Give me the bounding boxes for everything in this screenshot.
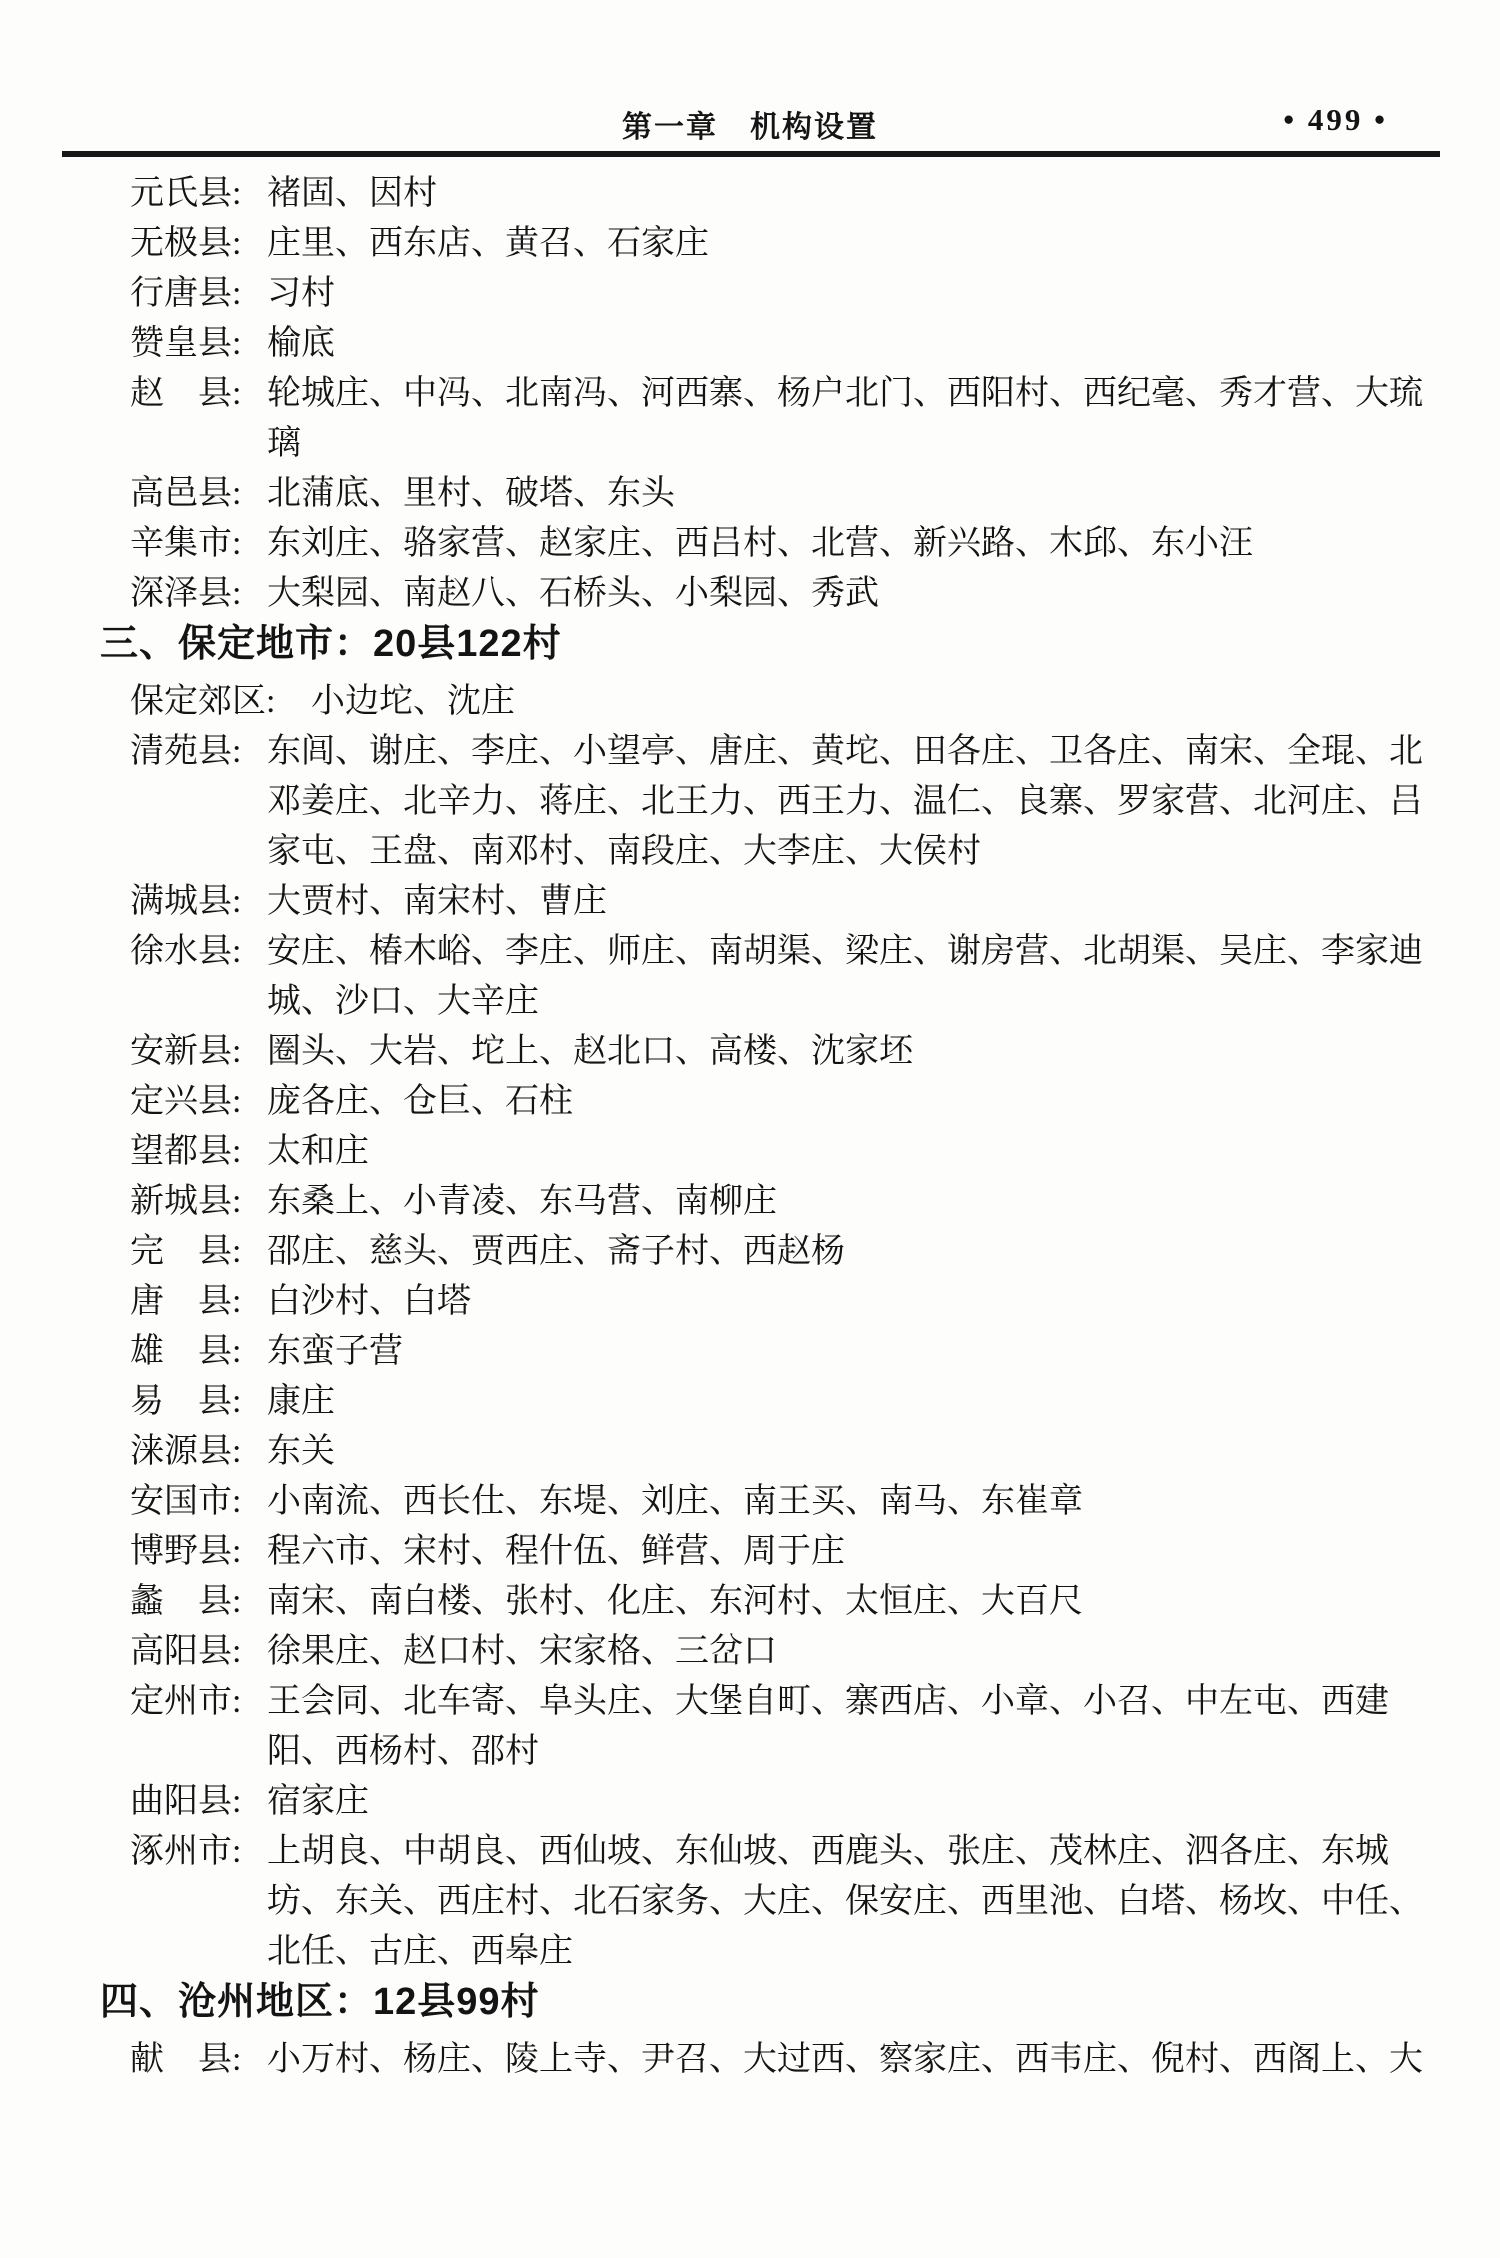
- entry-row: 保定郊区:小边坨、沈庄: [130, 677, 1442, 727]
- entry-label: 完 县:: [130, 1227, 267, 1277]
- entry-villages: 大梨园、南赵八、石桥头、小梨园、秀武: [267, 569, 1442, 619]
- entry-villages: 榆底: [267, 319, 1442, 369]
- entry-row: 涿州市:上胡良、中胡良、西仙坡、东仙坡、西鹿头、张庄、茂林庄、泗各庄、东城坊、东…: [130, 1827, 1442, 1977]
- entry-label: 定兴县:: [130, 1077, 267, 1127]
- entry-label: 博野县:: [130, 1527, 267, 1577]
- entry-row: 献 县:小万村、杨庄、陵上寺、尹召、大过西、察家庄、西韦庄、倪村、西阁上、大: [130, 2035, 1442, 2085]
- section-heading: 三、保定地市：20县122村: [100, 618, 1442, 670]
- entry-villages: 小万村、杨庄、陵上寺、尹召、大过西、察家庄、西韦庄、倪村、西阁上、大: [267, 2035, 1442, 2085]
- entry-row: 无极县:庄里、西东店、黄召、石家庄: [130, 219, 1442, 269]
- entry-row: 高阳县:徐果庄、赵口村、宋家格、三岔口: [130, 1627, 1442, 1677]
- entry-villages: 褚固、因村: [267, 169, 1442, 219]
- entry-row: 唐 县:白沙村、白塔: [130, 1277, 1442, 1327]
- entry-row: 元氏县:褚固、因村: [130, 169, 1442, 219]
- entry-row: 涞源县:东关: [130, 1427, 1442, 1477]
- entry-villages: 东桑上、小青凌、东马营、南柳庄: [267, 1177, 1442, 1227]
- entry-row: 安新县:圈头、大岩、坨上、赵北口、高楼、沈家坯: [130, 1027, 1442, 1077]
- entry-villages: 庄里、西东店、黄召、石家庄: [267, 219, 1442, 269]
- entry-label: 保定郊区:: [130, 677, 311, 727]
- entry-label: 蠡 县:: [130, 1577, 267, 1627]
- entry-label: 新城县:: [130, 1177, 267, 1227]
- entry-villages: 东闾、谢庄、李庄、小望亭、唐庄、黄坨、田各庄、卫各庄、南宋、全琨、北邓姜庄、北辛…: [267, 727, 1442, 877]
- entry-villages: 程六市、宋村、程什伍、鲜营、周于庄: [267, 1527, 1442, 1577]
- entry-villages: 邵庄、慈头、贾西庄、斋子村、西赵杨: [267, 1227, 1442, 1277]
- entry-label: 深泽县:: [130, 569, 267, 619]
- entry-row: 雄 县:东蛮子营: [130, 1327, 1442, 1377]
- entry-label: 满城县:: [130, 877, 267, 927]
- entry-row: 博野县:程六市、宋村、程什伍、鲜营、周于庄: [130, 1527, 1442, 1577]
- entry-villages: 庞各庄、仓巨、石柱: [267, 1077, 1442, 1127]
- entry-villages: 康庄: [267, 1377, 1442, 1427]
- entry-label: 易 县:: [130, 1377, 267, 1427]
- page-number: • 499 •: [1283, 102, 1388, 138]
- entry-row: 赵 县:轮城庄、中冯、北南冯、河西寨、杨户北门、西阳村、西纪毫、秀才营、大琉璃: [130, 369, 1442, 469]
- entry-row: 定州市:王会同、北车寄、阜头庄、大堡自町、寨西店、小章、小召、中左屯、西建阳、西…: [130, 1677, 1442, 1777]
- entry-row: 辛集市:东刘庄、骆家营、赵家庄、西吕村、北营、新兴路、木邱、东小汪: [130, 519, 1442, 569]
- entry-villages: 王会同、北车寄、阜头庄、大堡自町、寨西店、小章、小召、中左屯、西建阳、西杨村、邵…: [267, 1677, 1442, 1777]
- entry-row: 定兴县:庞各庄、仓巨、石柱: [130, 1077, 1442, 1127]
- entry-label: 献 县:: [130, 2035, 267, 2085]
- entry-label: 高邑县:: [130, 469, 267, 519]
- entry-villages: 白沙村、白塔: [267, 1277, 1442, 1327]
- entry-label: 涿州市:: [130, 1827, 267, 1877]
- entry-villages: 北蒲底、里村、破塔、东头: [267, 469, 1442, 519]
- chapter-title: 第一章 机构设置: [0, 102, 1500, 146]
- entry-villages: 圈头、大岩、坨上、赵北口、高楼、沈家坯: [267, 1027, 1442, 1077]
- entry-label: 赵 县:: [130, 369, 267, 419]
- entry-label: 安国市:: [130, 1477, 267, 1527]
- entry-row: 满城县:大贾村、南宋村、曹庄: [130, 877, 1442, 927]
- entry-villages: 安庄、椿木峪、李庄、师庄、南胡渠、梁庄、谢房营、北胡渠、吴庄、李家迪城、沙口、大…: [267, 927, 1442, 1027]
- entry-label: 清苑县:: [130, 727, 267, 777]
- entry-villages: 轮城庄、中冯、北南冯、河西寨、杨户北门、西阳村、西纪毫、秀才营、大琉璃: [267, 369, 1442, 469]
- entry-villages: 小南流、西长仕、东堤、刘庄、南王买、南马、东崔章: [267, 1477, 1442, 1527]
- entry-villages: 太和庄: [267, 1127, 1442, 1177]
- entry-label: 无极县:: [130, 219, 267, 269]
- entry-label: 高阳县:: [130, 1627, 267, 1677]
- entry-villages: 习村: [267, 269, 1442, 319]
- entry-label: 曲阳县:: [130, 1777, 267, 1827]
- entry-villages: 南宋、南白楼、张村、化庄、东河村、太恒庄、大百尺: [267, 1577, 1442, 1627]
- entry-villages: 东刘庄、骆家营、赵家庄、西吕村、北营、新兴路、木邱、东小汪: [267, 519, 1442, 569]
- entry-row: 徐水县:安庄、椿木峪、李庄、师庄、南胡渠、梁庄、谢房营、北胡渠、吴庄、李家迪城、…: [130, 927, 1442, 1027]
- entry-label: 赞皇县:: [130, 319, 267, 369]
- entry-row: 高邑县:北蒲底、里村、破塔、东头: [130, 469, 1442, 519]
- entry-row: 清苑县:东闾、谢庄、李庄、小望亭、唐庄、黄坨、田各庄、卫各庄、南宋、全琨、北邓姜…: [130, 727, 1442, 877]
- entry-row: 新城县:东桑上、小青凌、东马营、南柳庄: [130, 1177, 1442, 1227]
- section-heading: 四、沧州地区：12县99村: [100, 1976, 1442, 2028]
- entry-row: 完 县:邵庄、慈头、贾西庄、斋子村、西赵杨: [130, 1227, 1442, 1277]
- entry-row: 望都县:太和庄: [130, 1127, 1442, 1177]
- page-body: 元氏县:褚固、因村无极县:庄里、西东店、黄召、石家庄行唐县:习村赞皇县:榆底赵 …: [130, 169, 1442, 2085]
- entry-label: 定州市:: [130, 1677, 267, 1727]
- entry-row: 赞皇县:榆底: [130, 319, 1442, 369]
- entry-label: 徐水县:: [130, 927, 267, 977]
- entry-label: 涞源县:: [130, 1427, 267, 1477]
- entry-villages: 大贾村、南宋村、曹庄: [267, 877, 1442, 927]
- entry-row: 深泽县:大梨园、南赵八、石桥头、小梨园、秀武: [130, 569, 1442, 619]
- entry-row: 易 县:康庄: [130, 1377, 1442, 1427]
- entry-label: 雄 县:: [130, 1327, 267, 1377]
- entry-villages: 宿家庄: [267, 1777, 1442, 1827]
- entry-villages: 小边坨、沈庄: [311, 677, 1442, 727]
- entry-label: 安新县:: [130, 1027, 267, 1077]
- entry-label: 望都县:: [130, 1127, 267, 1177]
- entry-label: 元氏县:: [130, 169, 267, 219]
- entry-villages: 徐果庄、赵口村、宋家格、三岔口: [267, 1627, 1442, 1677]
- entry-row: 曲阳县:宿家庄: [130, 1777, 1442, 1827]
- entry-villages: 东蛮子营: [267, 1327, 1442, 1377]
- entry-label: 行唐县:: [130, 269, 267, 319]
- header-rule: [62, 151, 1440, 157]
- entry-row: 蠡 县:南宋、南白楼、张村、化庄、东河村、太恒庄、大百尺: [130, 1577, 1442, 1627]
- entry-label: 辛集市:: [130, 519, 267, 569]
- scanned-book-page: 第一章 机构设置 • 499 • 元氏县:褚固、因村无极县:庄里、西东店、黄召、…: [0, 0, 1500, 2258]
- entry-villages: 上胡良、中胡良、西仙坡、东仙坡、西鹿头、张庄、茂林庄、泗各庄、东城坊、东关、西庄…: [267, 1827, 1442, 1977]
- entry-villages: 东关: [267, 1427, 1442, 1477]
- entry-row: 行唐县:习村: [130, 269, 1442, 319]
- entry-label: 唐 县:: [130, 1277, 267, 1327]
- entry-row: 安国市:小南流、西长仕、东堤、刘庄、南王买、南马、东崔章: [130, 1477, 1442, 1527]
